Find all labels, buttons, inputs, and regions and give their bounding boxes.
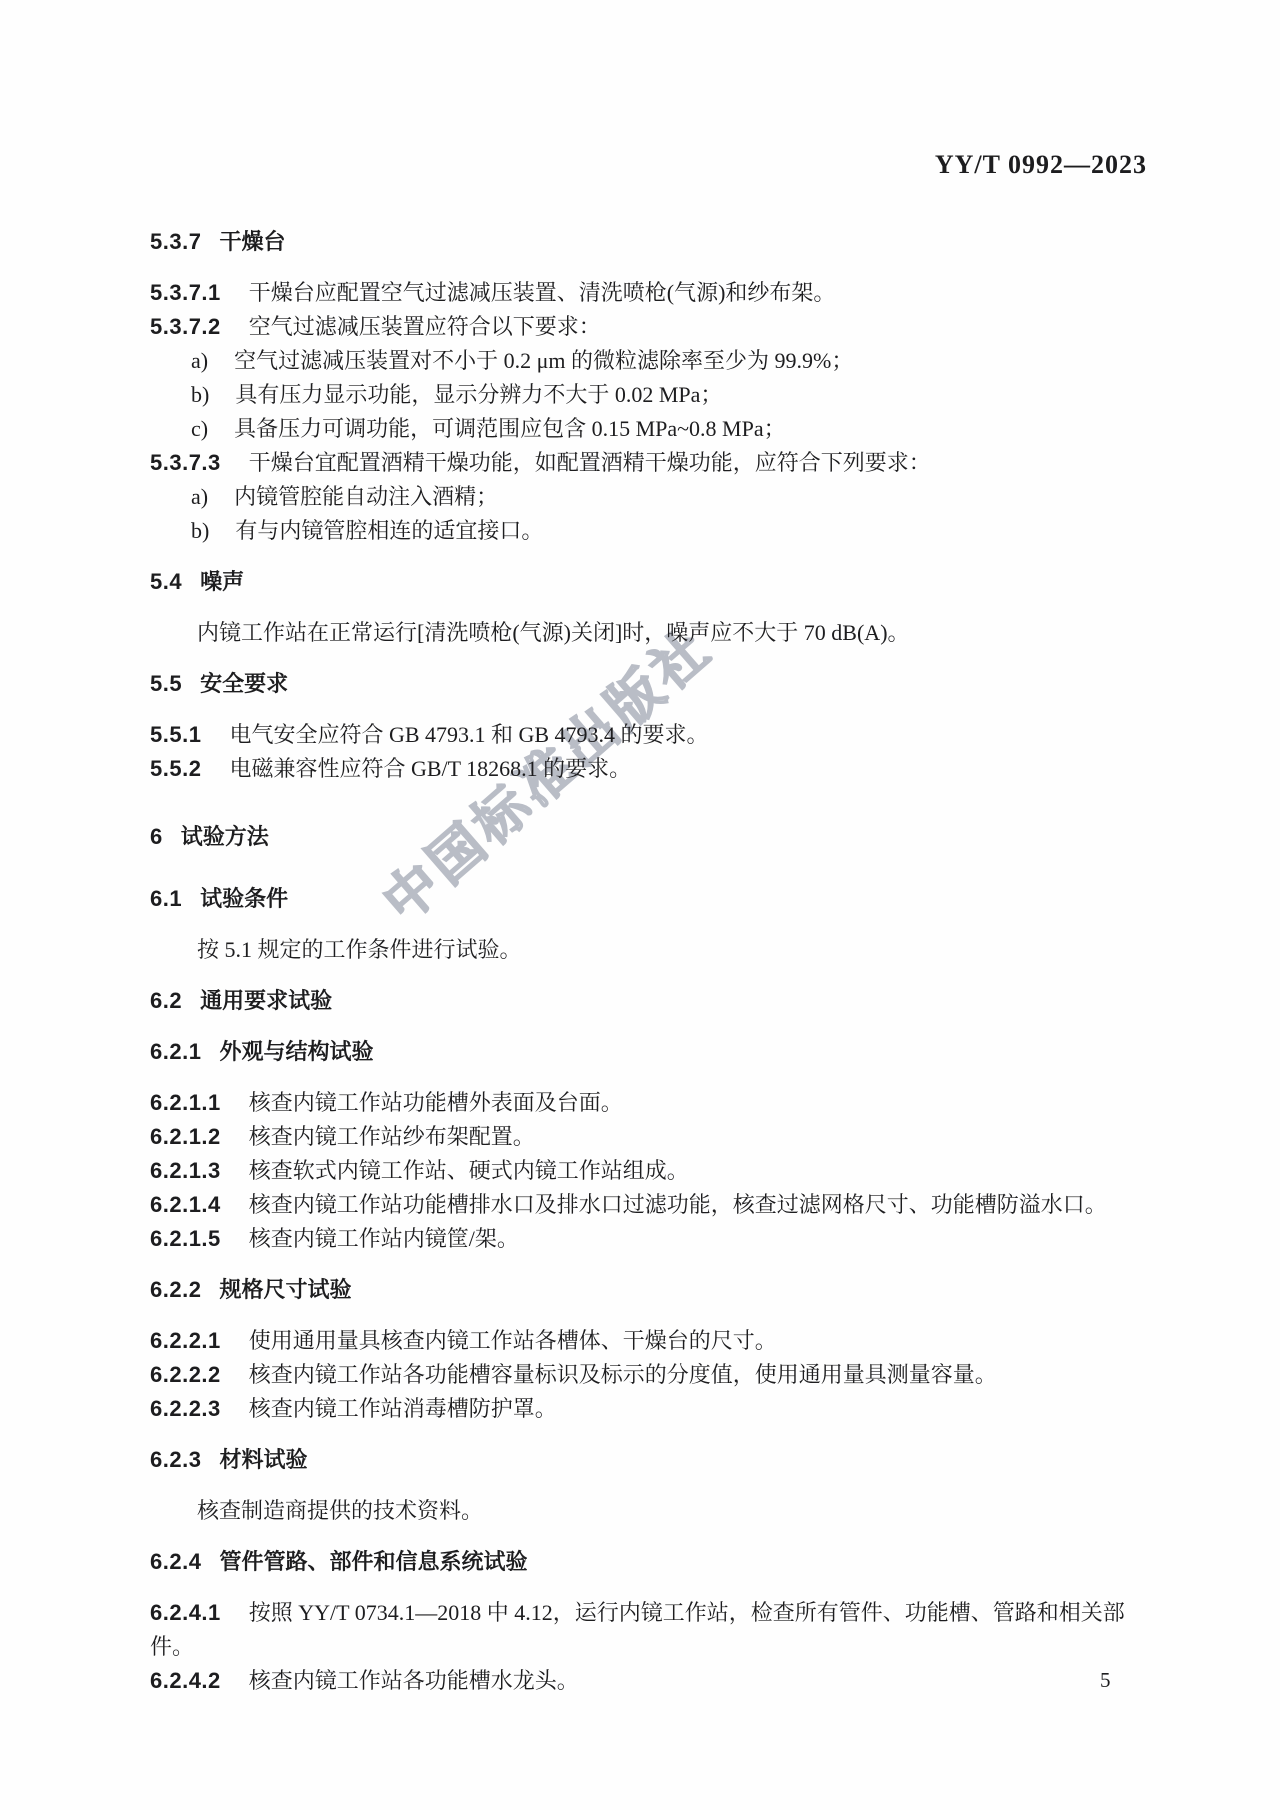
block-text: 核查制造商提供的技术资料。: [197, 1498, 483, 1523]
block-text: 安全要求: [200, 671, 288, 696]
heading-6.2: 6.2通用要求试验: [150, 984, 1145, 1018]
block-text: 核查内镜工作站消毒槽防护罩。: [249, 1396, 557, 1421]
clause-5.5.2: 5.5.2电磁兼容性应符合 GB/T 18268.1 的要求。: [150, 752, 1145, 786]
heading-6.2.3: 6.2.3材料试验: [150, 1443, 1145, 1477]
block-text: 核查内镜工作站功能槽外表面及台面。: [249, 1090, 623, 1115]
list-item-c: c)具备压力可调功能，可调范围应包含 0.15 MPa~0.8 MPa；: [150, 412, 1145, 446]
heading-6.2.1: 6.2.1外观与结构试验: [150, 1035, 1145, 1069]
clause-number: 6.2.1.4: [150, 1192, 221, 1217]
clause-number: 6.2.2.2: [150, 1362, 221, 1387]
clause-5.5.1: 5.5.1电气安全应符合 GB 4793.1 和 GB 4793.4 的要求。: [150, 718, 1145, 752]
block-text: 具备压力可调功能，可调范围应包含 0.15 MPa~0.8 MPa；: [234, 416, 786, 441]
block-text: 通用要求试验: [200, 988, 332, 1013]
block-text: 核查内镜工作站各功能槽容量标识及标示的分度值，使用通用量具测量容量。: [249, 1362, 997, 1387]
list-item-a: a)内镜管腔能自动注入酒精；: [150, 480, 1145, 514]
document-body: 5.3.7干燥台5.3.7.1干燥台应配置空气过滤减压装置、清洗喷枪(气源)和纱…: [0, 0, 1280, 1698]
heading-6.2.4: 6.2.4管件管路、部件和信息系统试验: [150, 1545, 1145, 1579]
clause-number: 6.2.4.2: [150, 1668, 221, 1693]
block-text: 按照 YY/T 0734.1—2018 中 4.12，运行内镜工作站，检查所有管…: [150, 1600, 1125, 1659]
clause-number: 5.5.2: [150, 756, 201, 781]
clause-number: 5.4: [150, 569, 182, 594]
clause-5.3.7.3: 5.3.7.3干燥台宜配置酒精干燥功能，如配置酒精干燥功能，应符合下列要求：: [150, 446, 1145, 480]
clause-number: 6.2.4: [150, 1549, 201, 1574]
block-text: 内镜工作站在正常运行[清洗喷枪(气源)关闭]时，噪声应不大于 70 dB(A)。: [197, 620, 910, 645]
clause-5.3.7.2: 5.3.7.2空气过滤减压装置应符合以下要求：: [150, 310, 1145, 344]
clause-6.2.1.1: 6.2.1.1核查内镜工作站功能槽外表面及台面。: [150, 1086, 1145, 1120]
block-text: 核查内镜工作站各功能槽水龙头。: [249, 1668, 579, 1693]
clause-6.2.4.2: 6.2.4.2核查内镜工作站各功能槽水龙头。: [150, 1664, 1145, 1698]
block-text: 噪声: [200, 569, 244, 594]
block-text: 使用通用量具核查内镜工作站各槽体、干燥台的尺寸。: [249, 1328, 777, 1353]
heading-6.1: 6.1试验条件: [150, 882, 1145, 916]
clause-number: 6.1: [150, 886, 182, 911]
clause-number: 5.3.7.3: [150, 450, 221, 475]
clause-number: 6.2.2: [150, 1277, 201, 1302]
block-text: 干燥台: [219, 229, 285, 254]
paragraph: 内镜工作站在正常运行[清洗喷枪(气源)关闭]时，噪声应不大于 70 dB(A)。: [150, 616, 1145, 650]
clause-number: 5.3.7: [150, 229, 201, 254]
block-text: 材料试验: [219, 1447, 307, 1472]
clause-number: 6.2.1.2: [150, 1124, 221, 1149]
block-text: 干燥台宜配置酒精干燥功能，如配置酒精干燥功能，应符合下列要求：: [249, 450, 931, 475]
clause-number: 6.2.1.5: [150, 1226, 221, 1251]
page-number: 5: [1100, 1668, 1111, 1693]
clause-6.2.2.3: 6.2.2.3核查内镜工作站消毒槽防护罩。: [150, 1392, 1145, 1426]
block-text: 具有压力显示功能，显示分辨力不大于 0.02 MPa；: [235, 382, 722, 407]
clause-6.2.2.1: 6.2.2.1使用通用量具核查内镜工作站各槽体、干燥台的尺寸。: [150, 1324, 1145, 1358]
block-text: 电磁兼容性应符合 GB/T 18268.1 的要求。: [229, 756, 631, 781]
clause-number: 6.2.2.1: [150, 1328, 221, 1353]
heading-5.3.7: 5.3.7干燥台: [150, 225, 1145, 259]
list-item-a: a)空气过滤减压装置对不小于 0.2 μm 的微粒滤除率至少为 99.9%；: [150, 344, 1145, 378]
clause-number: 5.3.7.2: [150, 314, 221, 339]
clause-number: 5.3.7.1: [150, 280, 221, 305]
clause-number: 6.2.1: [150, 1039, 201, 1064]
clause-number: 6.2.3: [150, 1447, 201, 1472]
block-text: 空气过滤减压装置应符合以下要求：: [249, 314, 601, 339]
clause-number: 6.2.2.3: [150, 1396, 221, 1421]
list-marker: b): [191, 518, 209, 543]
clause-6.2.1.3: 6.2.1.3核查软式内镜工作站、硬式内镜工作站组成。: [150, 1154, 1145, 1188]
clause-6.2.4.1: 6.2.4.1按照 YY/T 0734.1—2018 中 4.12，运行内镜工作…: [150, 1596, 1145, 1664]
block-text: 内镜管腔能自动注入酒精；: [234, 484, 498, 509]
block-text: 规格尺寸试验: [219, 1277, 351, 1302]
list-marker: b): [191, 382, 209, 407]
clause-number: 6.2: [150, 988, 182, 1013]
clause-number: 5.5.1: [150, 722, 201, 747]
heading-6.2.2: 6.2.2规格尺寸试验: [150, 1273, 1145, 1307]
clause-6.2.2.2: 6.2.2.2核查内镜工作站各功能槽容量标识及标示的分度值，使用通用量具测量容量…: [150, 1358, 1145, 1392]
block-text: 管件管路、部件和信息系统试验: [219, 1549, 527, 1574]
clause-number: 6.2.1.3: [150, 1158, 221, 1183]
block-text: 核查内镜工作站功能槽排水口及排水口过滤功能，核查过滤网格尺寸、功能槽防溢水口。: [249, 1192, 1107, 1217]
block-text: 核查软式内镜工作站、硬式内镜工作站组成。: [249, 1158, 689, 1183]
block-text: 核查内镜工作站纱布架配置。: [249, 1124, 535, 1149]
block-text: 试验方法: [181, 824, 269, 849]
heading-5.4: 5.4噪声: [150, 565, 1145, 599]
list-marker: a): [191, 484, 208, 509]
paragraph: 核查制造商提供的技术资料。: [150, 1494, 1145, 1528]
clause-number: 6.2.1.1: [150, 1090, 221, 1115]
block-text: 按 5.1 规定的工作条件进行试验。: [197, 937, 522, 962]
block-text: 试验条件: [200, 886, 288, 911]
block-text: 电气安全应符合 GB 4793.1 和 GB 4793.4 的要求。: [229, 722, 708, 747]
heading-5.5: 5.5安全要求: [150, 667, 1145, 701]
block-text: 外观与结构试验: [219, 1039, 373, 1064]
clause-number: 6: [150, 824, 163, 849]
clause-6.2.1.4: 6.2.1.4核查内镜工作站功能槽排水口及排水口过滤功能，核查过滤网格尺寸、功能…: [150, 1188, 1145, 1222]
clause-5.3.7.1: 5.3.7.1干燥台应配置空气过滤减压装置、清洗喷枪(气源)和纱布架。: [150, 276, 1145, 310]
list-marker: c): [191, 416, 208, 441]
block-text: 有与内镜管腔相连的适宜接口。: [235, 518, 543, 543]
list-marker: a): [191, 348, 208, 373]
document-page: YY/T 0992—2023 中国标准出版社 5.3.7干燥台5.3.7.1干燥…: [0, 0, 1280, 1810]
block-text: 核查内镜工作站内镜筐/架。: [249, 1226, 519, 1251]
heading-6: 6试验方法: [150, 820, 1145, 854]
clause-number: 5.5: [150, 671, 182, 696]
clause-6.2.1.2: 6.2.1.2核查内镜工作站纱布架配置。: [150, 1120, 1145, 1154]
paragraph: 按 5.1 规定的工作条件进行试验。: [150, 933, 1145, 967]
list-item-b: b)有与内镜管腔相连的适宜接口。: [150, 514, 1145, 548]
block-text: 空气过滤减压装置对不小于 0.2 μm 的微粒滤除率至少为 99.9%；: [234, 348, 853, 373]
block-text: 干燥台应配置空气过滤减压装置、清洗喷枪(气源)和纱布架。: [249, 280, 836, 305]
list-item-b: b)具有压力显示功能，显示分辨力不大于 0.02 MPa；: [150, 378, 1145, 412]
clause-number: 6.2.4.1: [150, 1600, 221, 1625]
clause-6.2.1.5: 6.2.1.5核查内镜工作站内镜筐/架。: [150, 1222, 1145, 1256]
